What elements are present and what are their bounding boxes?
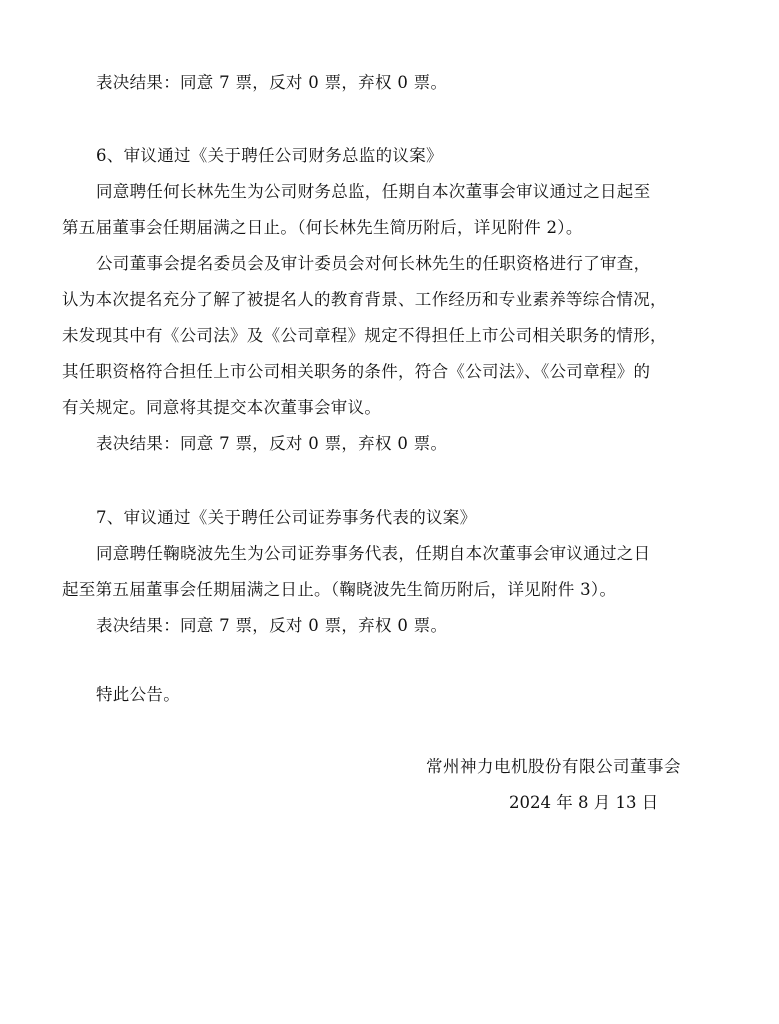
- document-page: 表决结果：同意 7 票，反对 0 票，弃权 0 票。 6、审议通过《关于聘任公司…: [0, 0, 779, 1024]
- section-7-vote-result: 表决结果：同意 7 票，反对 0 票，弃权 0 票。: [96, 616, 447, 636]
- section-6-paragraph-2-line-1: 公司董事会提名委员会及审计委员会对何长林先生的任职资格进行了审查，: [96, 254, 650, 274]
- section-6-paragraph-2-line-5: 有关规定。同意将其提交本次董事会审议。: [62, 398, 381, 418]
- section-6-paragraph-2-line-2: 认为本次提名充分了解了被提名人的教育背景、工作经历和专业素养等综合情况，: [62, 290, 667, 310]
- section-6-paragraph-2-line-3: 未发现其中有《公司法》及《公司章程》规定不得担任上市公司相关职务的情形，: [62, 326, 667, 346]
- section-6-paragraph-1-line-2: 第五届董事会任期届满之日止。（何长林先生简历附后，详见附件 2）。: [62, 218, 583, 238]
- closing-statement: 特此公告。: [96, 685, 180, 705]
- section-6-paragraph-2-line-4: 其任职资格符合担任上市公司相关职务的条件，符合《公司法》、《公司章程》的: [62, 362, 650, 382]
- section-6-heading: 6、审议通过《关于聘任公司财务总监的议案》: [96, 146, 443, 166]
- section-7-paragraph-1-line-1: 同意聘任鞠晓波先生为公司证券事务代表，任期自本次董事会审议通过之日: [96, 544, 650, 564]
- signature-date: 2024 年 8 月 13 日: [509, 793, 658, 813]
- section-6-vote-result: 表决结果：同意 7 票，反对 0 票，弃权 0 票。: [96, 434, 447, 454]
- signature-organization: 常州神力电机股份有限公司董事会: [426, 757, 681, 777]
- vote-result-previous: 表决结果：同意 7 票，反对 0 票，弃权 0 票。: [96, 73, 447, 93]
- section-6-paragraph-1-line-1: 同意聘任何长林先生为公司财务总监，任期自本次董事会审议通过之日起至: [96, 182, 650, 202]
- section-7-paragraph-1-line-2: 起至第五届董事会任期届满之日止。（鞠晓波先生简历附后，详见附件 3）。: [62, 580, 616, 600]
- section-7-heading: 7、审议通过《关于聘任公司证券事务代表的议案》: [96, 508, 476, 528]
